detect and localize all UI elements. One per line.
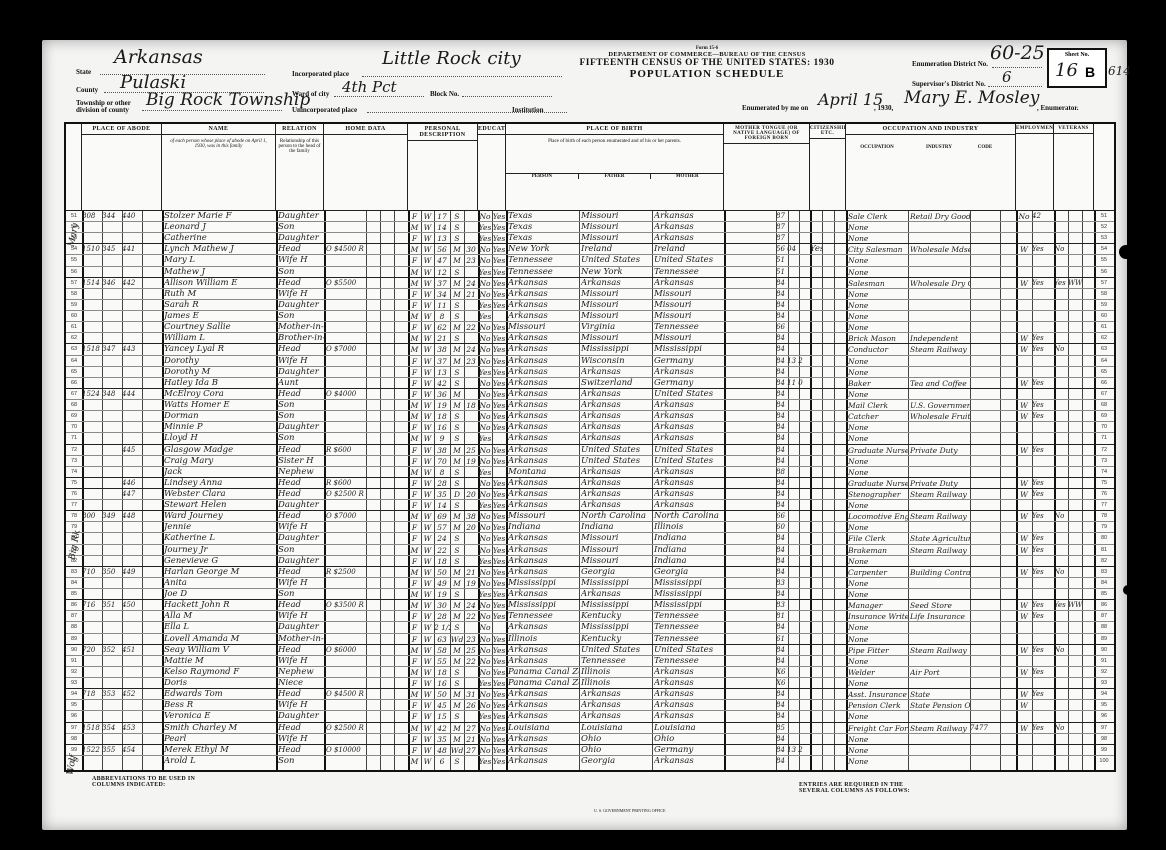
marital-cell: S — [450, 378, 464, 388]
line-cell: 56 — [66, 267, 82, 277]
name-cell: Jack — [164, 467, 276, 477]
table-row: 64DorothyWife HFW37M23NoYesArkansasWisco… — [66, 355, 1114, 366]
code-cell: 84 — [776, 556, 810, 566]
industry-cell: Wholesale Mdse — [910, 244, 970, 254]
race-cell: W — [421, 545, 434, 555]
house-cell — [82, 656, 102, 666]
vet-cell — [1054, 222, 1094, 232]
table-row: 61Courtney SallieMother-in-lawFW62M22NoY… — [66, 321, 1114, 332]
table-row: 55Mary LWife HFW47M23NoYesTennesseeUnite… — [66, 254, 1114, 265]
school-cell: No — [478, 511, 492, 521]
name-cell: Edwards Tom — [164, 689, 276, 699]
marital-cell: M — [450, 255, 464, 265]
occ-code-cell — [970, 678, 1000, 688]
family-cell — [122, 522, 142, 532]
vet-cell — [1054, 678, 1094, 688]
read-cell: Yes — [492, 255, 506, 265]
occupation-cell: File Clerk — [848, 533, 908, 543]
mother-birth-cell: Tennessee — [654, 656, 724, 666]
marr-age-cell — [464, 545, 478, 555]
industry-cell — [910, 456, 970, 466]
name-cell: Pearl — [164, 734, 276, 744]
name-cell: Stewart Helen — [164, 500, 276, 510]
race-cell: W — [421, 322, 434, 332]
unincorporated-place-label: Unincorporated place — [292, 106, 357, 114]
school-cell: Yes — [478, 233, 492, 243]
line-cell: 93 — [1094, 678, 1114, 688]
age-cell: 6 — [434, 756, 450, 766]
father-birth-cell: Missouri — [581, 533, 652, 543]
birth-cell: Arkansas — [508, 645, 579, 655]
marital-cell: M — [450, 400, 464, 410]
dwelling-cell — [102, 456, 122, 466]
name-cell: Harlan George M — [164, 567, 276, 577]
birth-cell: Arkansas — [508, 656, 579, 666]
birth-cell: Montana — [508, 467, 579, 477]
industry-cell — [910, 622, 970, 632]
mother-birth-cell: Arkansas — [654, 422, 724, 432]
read-cell: Yes — [492, 344, 506, 354]
weeks-cell — [1032, 734, 1054, 744]
occ-code-cell — [970, 411, 1000, 421]
code-cell: 87 — [776, 211, 810, 221]
marital-cell: M — [450, 689, 464, 699]
occupation-cell: Salesman — [848, 278, 908, 288]
line-cell: 71 — [1094, 433, 1114, 443]
code-cell: 83 — [776, 600, 810, 610]
weeks-cell — [1032, 433, 1054, 443]
age-cell: 14 — [434, 500, 450, 510]
father-birth-cell: Tennessee — [581, 656, 652, 666]
sex-cell: F — [408, 622, 421, 632]
family-cell — [122, 311, 142, 321]
table-row: 87Alla MWife HFW28M22NoYesTennesseeKentu… — [66, 610, 1114, 621]
home-cell: R $2500 — [326, 567, 366, 577]
name-cell: Lovell Amanda M — [164, 634, 276, 644]
school-cell: No — [478, 456, 492, 466]
school-cell: Yes — [478, 311, 492, 321]
home-cell — [326, 556, 366, 566]
line-cell: 56 — [1094, 267, 1114, 277]
dwelling-cell — [102, 578, 122, 588]
age-cell: 56 — [434, 244, 450, 254]
line-cell: 95 — [1094, 700, 1114, 710]
enumeration-district-label: Enumeration District No. — [912, 60, 988, 68]
relation-cell: Aunt — [278, 378, 324, 388]
occupation-cell: Locomotive Engineer — [848, 511, 908, 521]
school-cell: Yes — [478, 756, 492, 766]
industry-cell: Private Duty — [910, 478, 970, 488]
father-birth-cell: Illinois — [581, 678, 652, 688]
enumerator-name: Mary E. Mosley — [904, 88, 1039, 108]
line-cell: 98 — [1094, 734, 1114, 744]
mother-birth-cell: Arkansas — [654, 500, 724, 510]
binder-hole — [1119, 245, 1133, 259]
line-cell: 73 — [1094, 456, 1114, 466]
line-col-header — [66, 124, 82, 210]
name-cell: Mathew J — [164, 267, 276, 277]
mother-birth-cell: Arkansas — [654, 433, 724, 443]
line-cell: 51 — [1094, 211, 1114, 221]
marr-age-cell — [464, 467, 478, 477]
relation-cell: Mother-in-law — [278, 322, 324, 332]
house-cell — [82, 222, 102, 232]
dwelling-cell: 349 — [102, 511, 122, 521]
sex-cell: M — [408, 400, 421, 410]
house-cell: 1518 — [82, 344, 102, 354]
mother-birth-cell: Arkansas — [654, 367, 724, 377]
read-cell: Yes — [492, 589, 506, 599]
school-cell: No — [478, 411, 492, 421]
family-cell: 442 — [122, 278, 142, 288]
school-cell: No — [478, 634, 492, 644]
read-cell: Yes — [492, 533, 506, 543]
enumerator-suffix: , Enumerator. — [1037, 104, 1079, 112]
age-cell: 69 — [434, 511, 450, 521]
marr-age-cell: 31 — [464, 689, 478, 699]
age-cell: 50 — [434, 567, 450, 577]
industry-cell: U.S. Government — [910, 400, 970, 410]
family-cell: 440 — [122, 211, 142, 221]
race-cell: W — [421, 311, 434, 321]
vet-cell — [1054, 333, 1094, 343]
occ-code-cell — [970, 511, 1000, 521]
school-cell: Yes — [478, 433, 492, 443]
home-cell — [326, 322, 366, 332]
line-cell: 69 — [66, 411, 82, 421]
dwelling-cell: 346 — [102, 278, 122, 288]
vet-cell — [1054, 300, 1094, 310]
english-cell — [810, 678, 822, 688]
read-cell: Yes — [492, 567, 506, 577]
marital-cell: Wd — [450, 634, 464, 644]
marital-cell: S — [450, 533, 464, 543]
occupation-cell: None — [848, 322, 908, 332]
occupation-cell: None — [848, 734, 908, 744]
employed-cell: W — [1016, 600, 1032, 610]
read-cell — [492, 467, 506, 477]
home-cell — [326, 233, 366, 243]
sex-cell: F — [408, 578, 421, 588]
relation-cell: Daughter — [278, 422, 324, 432]
code-cell: 84 — [776, 344, 810, 354]
occ-code-cell — [970, 267, 1000, 277]
industry-cell: Steam Railway — [910, 344, 970, 354]
read-cell: Yes — [492, 678, 506, 688]
dwelling-cell — [102, 255, 122, 265]
home-cell — [326, 656, 366, 666]
weeks-cell: Yes — [1032, 411, 1054, 421]
english-cell — [810, 411, 822, 421]
industry-cell — [910, 745, 970, 755]
mother-birth-cell: Missouri — [654, 311, 724, 321]
occupation-cell: None — [848, 678, 908, 688]
birth-cell: Arkansas — [508, 700, 579, 710]
father-birth-cell: Ohio — [581, 734, 652, 744]
relation-cell: Wife H — [278, 734, 324, 744]
weeks-cell — [1032, 656, 1054, 666]
read-cell: Yes — [492, 400, 506, 410]
name-cell: Alla M — [164, 611, 276, 621]
father-birth-cell: Arkansas — [581, 433, 652, 443]
family-cell — [122, 700, 142, 710]
home-cell — [326, 533, 366, 543]
employed-cell — [1016, 456, 1032, 466]
occupation-cell: Brick Mason — [848, 333, 908, 343]
english-cell — [810, 456, 822, 466]
weeks-cell — [1032, 745, 1054, 755]
school-cell: No — [478, 645, 492, 655]
incorporated-place-label: Incorporated place — [292, 70, 349, 78]
line-cell: 78 — [1094, 511, 1114, 521]
english-cell — [810, 400, 822, 410]
race-cell: W — [421, 678, 434, 688]
age-cell: 16 — [434, 678, 450, 688]
read-cell: Yes — [492, 411, 506, 421]
occ-code-cell — [970, 322, 1000, 332]
veterans-header: VETERANS — [1054, 124, 1094, 210]
father-birth-cell: Arkansas — [581, 589, 652, 599]
name-cell: Glasgow Madge — [164, 445, 276, 455]
name-cell: Kelso Raymond F — [164, 667, 276, 677]
home-cell — [326, 545, 366, 555]
line-cell: 68 — [66, 400, 82, 410]
home-data-header: HOME DATA — [324, 124, 408, 210]
occ-code-cell — [970, 600, 1000, 610]
occupation-cell: None — [848, 300, 908, 310]
name-cell: Smith Charley M — [164, 723, 276, 733]
name-cell: Veronica E — [164, 711, 276, 721]
house-cell: 710 — [82, 567, 102, 577]
occupation-cell: None — [848, 367, 908, 377]
marital-cell: S — [450, 267, 464, 277]
school-cell: No — [478, 478, 492, 488]
english-cell — [810, 344, 822, 354]
occupation-cell: None — [848, 356, 908, 366]
family-cell: 452 — [122, 689, 142, 699]
marital-cell: S — [450, 211, 464, 221]
dwelling-cell — [102, 333, 122, 343]
abbreviations-footer: ABBREVIATIONS TO BE USED IN COLUMNS INDI… — [64, 772, 1112, 822]
home-cell — [326, 433, 366, 443]
mother-birth-cell: Arkansas — [654, 689, 724, 699]
read-cell: Yes — [492, 645, 506, 655]
occ-code-cell — [970, 456, 1000, 466]
dwelling-cell — [102, 489, 122, 499]
english-cell — [810, 556, 822, 566]
code-cell: 84 — [776, 389, 810, 399]
line-cell: 64 — [1094, 356, 1114, 366]
ward-label: Ward of city — [292, 90, 329, 98]
marr-age-cell — [464, 556, 478, 566]
age-cell: 37 — [434, 278, 450, 288]
line-cell: 66 — [1094, 378, 1114, 388]
birth-cell: Arkansas — [508, 311, 579, 321]
industry-cell — [910, 233, 970, 243]
education-header: EDUCATION — [478, 124, 506, 210]
line-cell: 64 — [66, 356, 82, 366]
read-cell — [492, 622, 506, 632]
english-cell — [810, 667, 822, 677]
industry-cell: Air Port — [910, 667, 970, 677]
line-cell: 54 — [1094, 244, 1114, 254]
weeks-cell — [1032, 255, 1054, 265]
marr-age-cell — [464, 478, 478, 488]
race-cell: W — [421, 356, 434, 366]
table-row: 91Mattie MWife HFW55M22NoYesArkansasTenn… — [66, 655, 1114, 666]
family-cell: 441 — [122, 244, 142, 254]
page-stamp: 614 — [1108, 64, 1131, 78]
race-cell: W — [421, 400, 434, 410]
vet-cell — [1054, 589, 1094, 599]
house-cell — [82, 533, 102, 543]
race-cell: W — [421, 367, 434, 377]
read-cell: Yes — [492, 244, 506, 254]
read-cell: Yes — [492, 522, 506, 532]
occ-code-cell — [970, 700, 1000, 710]
dwelling-cell — [102, 400, 122, 410]
table-row: 59Sarah RDaughterFW11SYesYesArkansasMiss… — [66, 299, 1114, 310]
age-cell: 11 — [434, 300, 450, 310]
age-cell: 13 — [434, 233, 450, 243]
mother-birth-cell: Indiana — [654, 533, 724, 543]
line-cell: 94 — [66, 689, 82, 699]
line-cell: 94 — [1094, 689, 1114, 699]
marr-age-cell: 25 — [464, 645, 478, 655]
line-cell: 93 — [66, 678, 82, 688]
father-birth-cell: North Carolina — [581, 511, 652, 521]
marital-cell: S — [450, 233, 464, 243]
line-cell: 76 — [1094, 489, 1114, 499]
house-cell — [82, 611, 102, 621]
marr-age-cell — [464, 378, 478, 388]
dwelling-cell — [102, 634, 122, 644]
line-cell: 55 — [1094, 255, 1114, 265]
code-cell: 84 — [776, 289, 810, 299]
weeks-cell — [1032, 634, 1054, 644]
marr-age-cell — [464, 500, 478, 510]
father-birth-cell: United States — [581, 255, 652, 265]
home-cell — [326, 456, 366, 466]
dwelling-cell — [102, 533, 122, 543]
race-cell: W — [421, 589, 434, 599]
relation-cell: Son — [278, 222, 324, 232]
weeks-cell: Yes — [1032, 478, 1054, 488]
line-cell: 96 — [1094, 711, 1114, 721]
school-cell: No — [478, 378, 492, 388]
read-cell: Yes — [492, 278, 506, 288]
home-cell — [326, 255, 366, 265]
industry-cell — [910, 634, 970, 644]
weeks-cell: Yes — [1032, 567, 1054, 577]
marr-age-cell — [464, 389, 478, 399]
marital-cell: M — [450, 656, 464, 666]
weeks-cell: Yes — [1032, 645, 1054, 655]
employed-cell: W — [1016, 333, 1032, 343]
father-birth-cell: Arkansas — [581, 389, 652, 399]
marital-cell: M — [450, 600, 464, 610]
race-cell: W — [421, 522, 434, 532]
father-birth-cell: Missouri — [581, 300, 652, 310]
table-row: 52Leonard JSonMW14SYesYesTexasMissouriAr… — [66, 221, 1114, 232]
state-value: Arkansas — [114, 46, 203, 68]
occ-code-cell — [970, 356, 1000, 366]
mother-birth-cell: United States — [654, 645, 724, 655]
line-cell: 89 — [1094, 634, 1114, 644]
read-cell: Yes — [492, 222, 506, 232]
schedule-title: POPULATION SCHEDULE — [562, 68, 852, 80]
table-row: 96Veronica EDaughterFW15SYesYesArkansasA… — [66, 710, 1114, 721]
vet-cell — [1054, 622, 1094, 632]
race-cell: W — [421, 222, 434, 232]
line-cell: 84 — [66, 578, 82, 588]
age-cell: 55 — [434, 656, 450, 666]
table-row: 51808344440Stolzer Marie FDaughterFW17SN… — [66, 210, 1114, 221]
occupation-cell: None — [848, 389, 908, 399]
father-birth-cell: Mississippi — [581, 600, 652, 610]
occ-code-cell — [970, 522, 1000, 532]
code-cell: 84 — [776, 445, 810, 455]
age-cell: 22 — [434, 545, 450, 555]
read-cell: Yes — [492, 211, 506, 221]
sheet-side: B — [1085, 64, 1095, 80]
marr-age-cell: 25 — [464, 445, 478, 455]
race-cell: W — [421, 656, 434, 666]
occupation-cell: None — [848, 500, 908, 510]
line-cell: 51 — [66, 211, 82, 221]
dwelling-cell — [102, 545, 122, 555]
institution-label: Institution — [512, 106, 544, 114]
supervisor-district-label: Supervisor's District No. — [912, 80, 986, 88]
race-cell: W — [421, 578, 434, 588]
relation-cell: Wife H — [278, 255, 324, 265]
sex-cell: M — [408, 667, 421, 677]
employed-cell: W — [1016, 533, 1032, 543]
english-cell — [810, 745, 822, 755]
family-cell — [122, 222, 142, 232]
race-cell: W — [421, 622, 434, 632]
occ-code-cell — [970, 422, 1000, 432]
industry-cell — [910, 500, 970, 510]
sex-cell: F — [408, 656, 421, 666]
father-birth-cell: Ireland — [581, 244, 652, 254]
birth-cell: Arkansas — [508, 734, 579, 744]
employed-cell — [1016, 589, 1032, 599]
father-birth-cell: Missouri — [581, 545, 652, 555]
marital-cell: M — [450, 456, 464, 466]
sex-cell: F — [408, 389, 421, 399]
birth-cell: Panama Canal Zone — [508, 678, 579, 688]
marr-age-cell: 19 — [464, 578, 478, 588]
family-cell — [122, 255, 142, 265]
vet-cell — [1054, 322, 1094, 332]
marital-cell: S — [450, 411, 464, 421]
read-cell: Yes — [492, 267, 506, 277]
weeks-cell — [1032, 756, 1054, 766]
dwelling-cell — [102, 756, 122, 766]
marr-age-cell: 30 — [464, 244, 478, 254]
school-cell: No — [478, 489, 492, 499]
vet-cell — [1054, 389, 1094, 399]
family-cell — [122, 578, 142, 588]
sex-cell: F — [408, 445, 421, 455]
home-cell: O $7000 — [326, 344, 366, 354]
line-cell: 100 — [1094, 756, 1114, 766]
mother-birth-cell: Arkansas — [654, 400, 724, 410]
line-cell: 63 — [1094, 344, 1114, 354]
line-cell: 63 — [66, 344, 82, 354]
family-cell — [122, 333, 142, 343]
